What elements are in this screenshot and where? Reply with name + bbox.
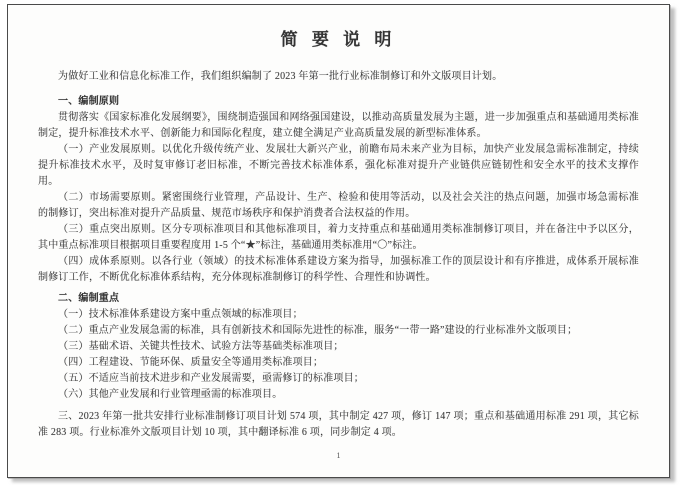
list-item: （五）不适应当前技术进步和产业发展需要，亟需修订的标准项目；	[38, 371, 639, 387]
section1-heading: 一、编制原则	[38, 94, 639, 110]
list-item: （四）工程建设、节能环保、质量安全等通用类标准项目；	[38, 355, 639, 371]
list-item: （一）技术标准体系建设方案中重点领域的标准项目；	[38, 307, 639, 323]
document-title: 简 要 说 明	[38, 27, 639, 53]
page-number: 1	[8, 451, 669, 461]
paragraph: （一）产业发展原则。以优化升级传统产业、发展壮大新兴产业，前瞻布局未来产业为目标…	[38, 142, 639, 190]
paragraph: （二）市场需要原则。紧密围绕行业管理，产品设计、生产、检验和使用等活动，以及社会…	[38, 190, 639, 222]
list-item: （六）其他产业发展和行业管理亟需的标准项目。	[38, 387, 639, 403]
intro-paragraph: 为做好工业和信息化标准工作，我们组织编制了 2023 年第一批行业标准制修订和外…	[38, 69, 639, 85]
summary-paragraph: 三、2023 年第一批共安排行业标准制修订项目计划 574 项，其中制定 427…	[38, 409, 639, 441]
document-page: 简 要 说 明 为做好工业和信息化标准工作，我们组织编制了 2023 年第一批行…	[7, 4, 670, 478]
paragraph: （四）成体系原则。以各行业（领域）的技术标准体系建设方案为指导，加强标准工作的顶…	[38, 254, 639, 286]
section2-heading: 二、编制重点	[38, 291, 639, 307]
document-content: 简 要 说 明 为做好工业和信息化标准工作，我们组织编制了 2023 年第一批行…	[8, 5, 669, 477]
list-item: （三）基础术语、关键共性技术、试验方法等基础类标准项目；	[38, 339, 639, 355]
paragraph: （三）重点突出原则。区分专项标准项目和其他标准项目，着力支持重点和基础通用类标准…	[38, 222, 639, 254]
list-item: （二）重点产业发展急需的标准，具有创新技术和国际先进性的标准，服务“一带一路”建…	[38, 323, 639, 339]
paragraph: 贯彻落实《国家标准化发展纲要》，围绕制造强国和网络强国建设，以推动高质量发展为主…	[38, 110, 639, 142]
